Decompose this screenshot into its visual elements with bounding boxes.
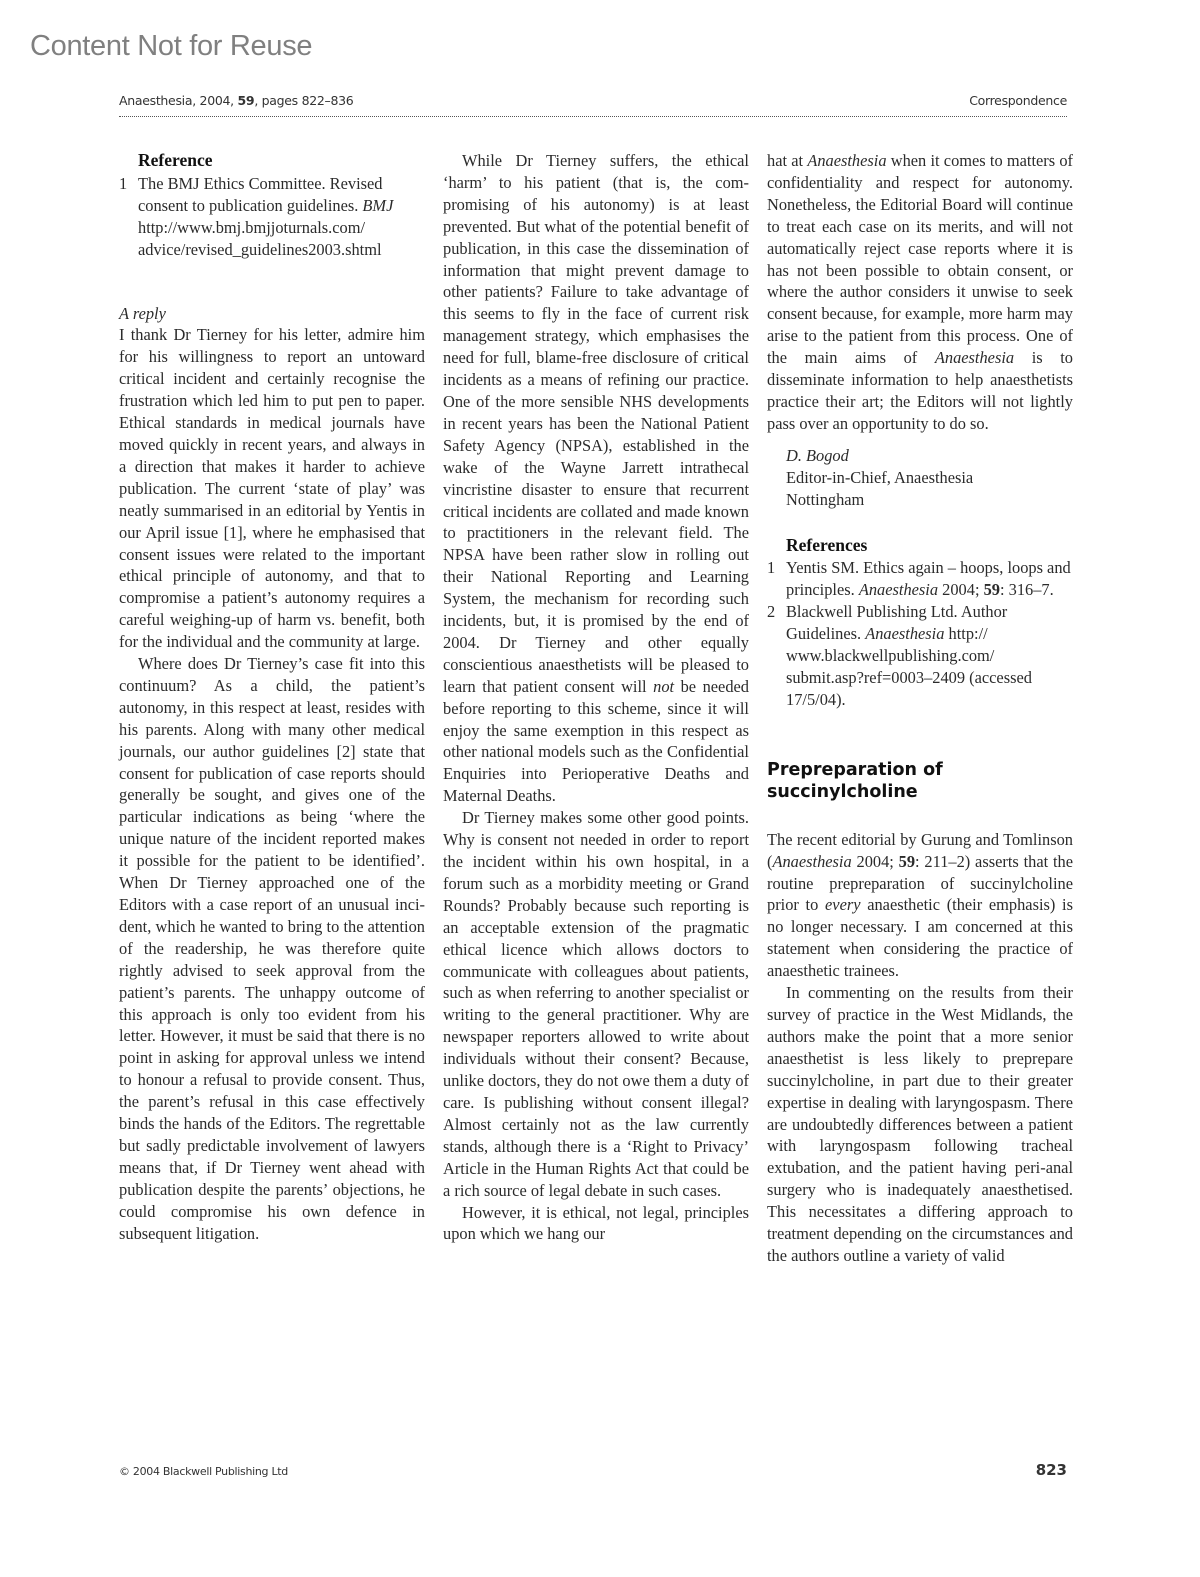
page-number: 823 [1036,1461,1067,1479]
column-3: hat at Anaesthesia when it comes to matt… [767,150,1073,1267]
reference-number: 2 [767,601,775,623]
column-2: While Dr Tierney suffers, the ethical ‘h… [443,150,749,1245]
column-1: Reference 1The BMJ Ethics Committee. Rev… [119,150,425,1245]
reference-pages: : 316–7. [1000,580,1054,599]
watermark: Content Not for Reuse [30,30,312,63]
paragraph-text: 2004; [852,852,899,871]
paragraph-text: While Dr Tierney suffers, the ethical ‘h… [443,151,749,696]
journal-pages: , pages 822–836 [254,93,353,108]
reference-heading: Reference [138,150,425,172]
header-divider [119,116,1067,117]
reference-url: http://www.bmj.bmjjoturnals.com/ advice/… [138,218,382,259]
journal-volume: 59 [899,852,915,871]
author-role: Editor-in-Chief, Anaesthesia [786,467,1073,489]
author-location: Nottingham [786,489,1073,511]
body-paragraph: hat at Anaesthesia when it comes to matt… [767,150,1073,435]
reference-list: 1Yentis SM. Ethics again – hoops, loops … [767,557,1073,710]
reference-item: 2Blackwell Publishing Ltd. Author Guidel… [767,601,1073,711]
reference-item: 1The BMJ Ethics Committee. Revised conse… [119,173,425,261]
reference-journal: Anaesthesia [859,580,938,599]
paragraph-text: be needed before reporting to this schem… [443,677,749,806]
journal-name: Anaesthesia [935,348,1014,367]
references-heading: References [786,535,1073,557]
signature-block: D. Bogod Editor-in-Chief, Anaesthesia No… [767,445,1073,511]
section-label: Correspondence [969,93,1067,108]
journal-name: Anaesthesia [772,852,851,871]
reference-number: 1 [119,173,127,195]
article-title: Prepreparation of succinylcholine [767,759,1073,803]
journal-citation: Anaesthesia, 2004, 59, pages 822–836 [119,93,353,108]
reference-volume: 59 [984,580,1000,599]
reference-journal: Anaesthesia [865,624,944,643]
copyright-notice: © 2004 Blackwell Publishing Ltd [119,1465,288,1478]
body-paragraph: However, it is ethical, not legal, princ… [443,1202,749,1246]
body-paragraph: The recent editorial by Gurung and Tomli… [767,829,1073,982]
reference-list: 1The BMJ Ethics Committee. Revised conse… [119,173,425,261]
body-paragraph: Where does Dr Tierney’s case fit into th… [119,653,425,1244]
body-paragraph: Dr Tierney makes some other good points.… [443,807,749,1201]
reference-item: 1Yentis SM. Ethics again – hoops, loops … [767,557,1073,601]
journal-name: Anaesthesia [807,151,886,170]
reply-heading: A reply [119,303,425,325]
reference-number: 1 [767,557,775,579]
paragraph-text: when it comes to matters of confidential… [767,151,1073,367]
running-head: Anaesthesia, 2004, 59, pages 822–836 Cor… [119,93,1067,108]
emphasis-text: every [825,895,860,914]
reference-journal: BMJ [362,196,393,215]
references-section: References 1Yentis SM. Ethics again – ho… [767,535,1073,711]
paragraph-text: hat at [767,151,807,170]
reference-text: The BMJ Ethics Committee. Revised consen… [138,174,382,215]
body-paragraph: In commenting on the results from their … [767,982,1073,1267]
reference-text: 2004; [938,580,984,599]
body-paragraph: While Dr Tierney suffers, the ethical ‘h… [443,150,749,807]
body-paragraph: I thank Dr Tierney for his letter, admir… [119,324,425,653]
journal-prefix: Anaesthesia, 2004, [119,93,238,108]
emphasis-text: not [653,677,674,696]
page-footer: © 2004 Blackwell Publishing Ltd 823 [119,1461,1067,1479]
author-name: D. Bogod [786,445,1073,467]
journal-volume: 59 [238,93,255,108]
